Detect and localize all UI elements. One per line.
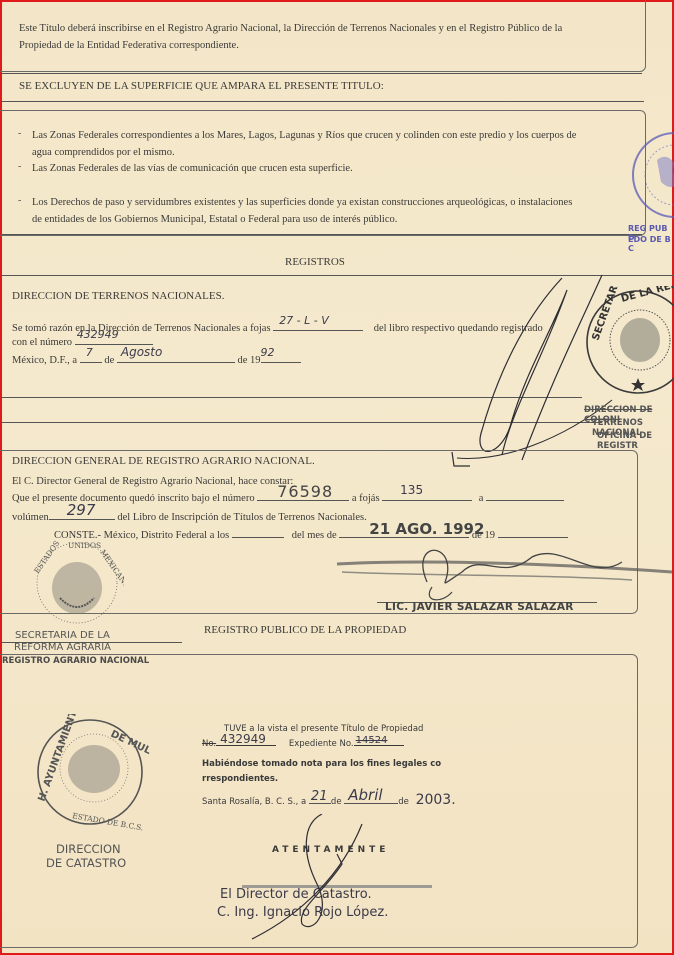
ran-heading: DIRECCION GENERAL DE REGISTRO AGRARIO NA…	[12, 453, 315, 470]
document-page: Este Título deberá inscribirse en el Reg…	[0, 0, 674, 955]
ran-signatory: LIC. JAVIER SALAZAR SALAZAR	[385, 601, 574, 613]
terrenos-stamp-line-3: OFICINA DE REGISTR	[597, 431, 672, 451]
numero-label: con el número	[12, 337, 72, 348]
expediente-label: Expediente No.	[289, 739, 354, 749]
volumen-value: 297	[67, 502, 96, 519]
exclusion-item-3-line-2: de entidades de los Gobiernos Municipal,…	[32, 211, 397, 228]
svg-text:MEXICANOS: MEXICANOS	[98, 548, 124, 595]
ran-fojas-label: a fojás	[352, 493, 380, 504]
divider	[2, 73, 642, 74]
signature-catastro-director	[242, 814, 382, 944]
terrenos-date-line: México, D.F., a 7 de Agosto de 1992	[12, 352, 301, 369]
rpp-stamp-line-2: No.432949 Expediente No.14524	[202, 739, 404, 749]
svg-text:DE LA REFOR: DE LA REFOR	[620, 286, 674, 305]
bullet: -	[18, 128, 21, 139]
rpp-stamp-line-3: Habiéndose tomado nota para los fines le…	[202, 759, 441, 769]
divider	[2, 101, 644, 102]
rpp-year-value: 2003.	[416, 792, 456, 808]
numero-value: 432949	[77, 326, 119, 343]
rpp-heading: REGISTRO PUBLICO DE LA PROPIEDAD	[204, 622, 406, 639]
mes-label: del mes de	[292, 530, 337, 541]
rpp-stamp-line-4: rrespondientes.	[202, 774, 278, 784]
exclusion-item-2-line-1: Las Zonas Federales de las vías de comun…	[32, 160, 353, 177]
rpp-month-value: Abril	[348, 786, 382, 804]
no-label: No.	[202, 739, 216, 749]
place: Santa Rosalía, B. C. S., a	[202, 797, 306, 807]
ran-line-3-suffix: del Libro de Inscripción de Títulos de T…	[117, 512, 366, 523]
svg-text:ESTADOS: ESTADOS	[32, 539, 61, 575]
rpp-de-2: de	[398, 797, 409, 807]
month-value: Agosto	[121, 344, 162, 361]
ran-numero-value: 76598	[277, 483, 333, 500]
registros-heading: REGISTROS	[285, 254, 345, 271]
ran-line-3: volúmen297 del Libro de Inscripción de T…	[12, 509, 367, 526]
svg-text:UNIDOS: UNIDOS	[68, 541, 101, 550]
ran-date-stamp: 21 AGO. 1992	[369, 521, 484, 538]
notice-line-1: Este Título deberá inscribirse en el Reg…	[19, 20, 562, 37]
titulo-no-value: 432949	[220, 732, 266, 746]
registry-seal-icon	[627, 130, 674, 224]
catastro-caption-1: DIRECCION	[56, 842, 121, 856]
fojas-value: 27 - L - V	[279, 312, 329, 329]
ran-a-label: a	[479, 493, 484, 504]
signature-ran-director	[332, 542, 674, 607]
catastro-seal-icon: H. AYUNTAMIENTO DE MUL ESTADO DE B.C.S.	[22, 714, 162, 834]
svg-text:ESTADO DE B.C.S.: ESTADO DE B.C.S.	[72, 811, 145, 832]
ran-seal-caption-2: REFORMA AGRARIA	[14, 642, 111, 653]
reforma-seal-icon: SECRETARIA DE LA REFOR	[584, 286, 674, 398]
side-stamp-line-2: EDO DE B C	[628, 235, 672, 253]
divider	[2, 234, 642, 235]
svg-text:DE MUL: DE MUL	[109, 729, 153, 757]
exclusions-heading: SE EXCLUYEN DE LA SUPERFICIE QUE AMPARA …	[19, 78, 384, 95]
rpp-de-1: de	[331, 797, 342, 807]
day-value: 7	[86, 344, 93, 361]
rpp-day-value: 21	[311, 789, 328, 804]
ran-seal-caption-1: SECRETARIA DE LA	[15, 630, 110, 641]
volumen-label: volúmen	[12, 512, 49, 523]
exclusion-item-1-line-2: agua comprendidos por el mismo.	[32, 144, 175, 161]
year-value: 92	[261, 344, 275, 361]
exclusion-item-1-line-1: Las Zonas Federales correspondientes a l…	[32, 127, 576, 144]
ran-line-1: El C. Director General de Registro Agrar…	[12, 473, 293, 490]
expediente-no-value: 14524	[356, 735, 388, 746]
exclusion-item-3-line-1: Los Derechos de paso y servidumbres exis…	[32, 194, 572, 211]
bullet: -	[18, 161, 21, 172]
ran-fojas-value: 135	[400, 482, 423, 499]
bullet: -	[18, 195, 21, 206]
year-prefix: de 19	[238, 355, 261, 366]
de-label: de	[104, 355, 114, 366]
terrenos-line-1-prefix: Se tomó razón en la Dirección de Terreno…	[12, 323, 271, 334]
date-prefix: México, D.F., a	[12, 355, 77, 366]
notice-line-2: Propiedad de la Entidad Federativa corre…	[19, 37, 239, 54]
mexican-eagle-seal-icon: ESTADOS UNIDOS MEXICANOS	[30, 538, 124, 628]
catastro-caption-2: DE CATASTRO	[46, 856, 126, 870]
ran-line-2-prefix: Que el presente documento quedó inscrito…	[12, 493, 255, 504]
terrenos-heading: DIRECCION DE TERRENOS NACIONALES.	[12, 288, 224, 305]
divider	[2, 642, 182, 643]
rpp-date-line: Santa Rosalía, B. C. S., a 21de Abrilde …	[202, 792, 456, 808]
